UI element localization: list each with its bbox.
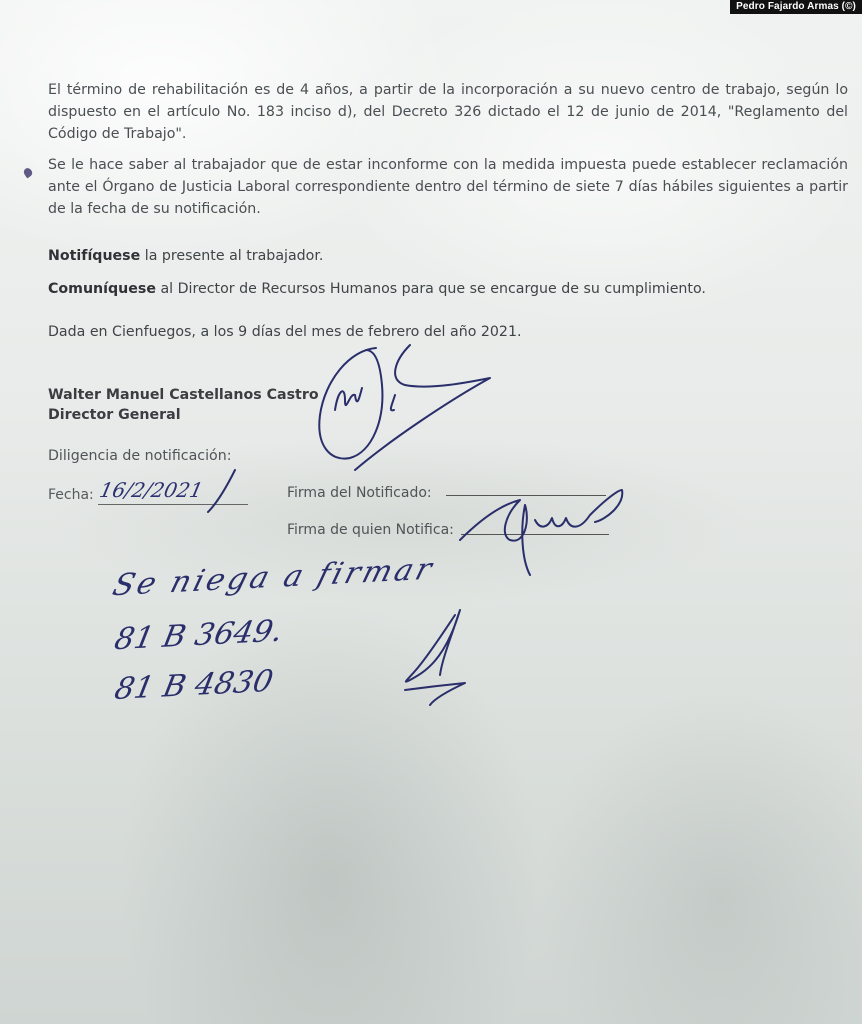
signatures-overlay xyxy=(0,0,862,1024)
notifier-signature-icon xyxy=(460,500,530,575)
witness-signature-icon xyxy=(406,610,460,682)
director-signature-icon xyxy=(319,348,382,459)
